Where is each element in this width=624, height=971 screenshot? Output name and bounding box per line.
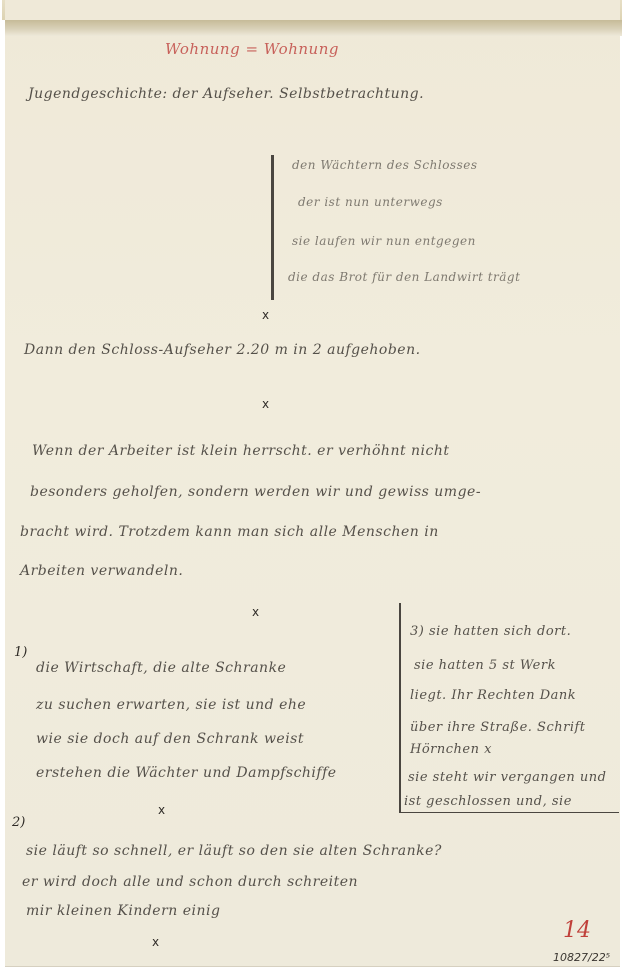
marginal-bar <box>271 155 274 300</box>
boxed-line: ist geschlossen und, sie <box>404 794 572 809</box>
item-line: wie sie doch auf den Schrank weist <box>36 731 304 747</box>
item-line: zu suchen erwarten, sie ist und ehe <box>36 697 306 713</box>
item-line: mir kleinen Kindern einig <box>26 903 220 919</box>
paragraph-line: bracht wird. Trotzdem kann man sich alle… <box>20 524 439 540</box>
marginal-line: die das Brot für den Landwirt trägt <box>288 270 520 284</box>
boxed-number: 3) <box>410 624 424 639</box>
boxed-line: sie hatten 5 st Werk <box>414 658 556 673</box>
item-number: 2) <box>12 815 25 830</box>
item-line: er wird doch alle und schon durch schrei… <box>22 874 358 890</box>
separator-mark: x <box>152 935 159 949</box>
separator-mark: x <box>262 397 269 411</box>
separator-mark: x <box>158 803 165 817</box>
line-1: Jugendgeschichte: der Aufseher. Selbstbe… <box>28 86 424 102</box>
item-number: 1) <box>14 645 27 660</box>
paragraph-line: Arbeiten verwandeln. <box>20 563 183 579</box>
boxed-line: Hörnchen x <box>410 742 492 757</box>
marginal-line: sie laufen wir nun entgegen <box>292 234 476 248</box>
separator-mark: x <box>252 605 259 619</box>
page-fold-shadow <box>5 20 622 36</box>
red-heading: Wohnung = Wohnung <box>165 40 339 58</box>
archive-number: 10827/22⁵ <box>553 951 610 964</box>
item-line: die Wirtschaft, die alte Schranke <box>36 660 286 676</box>
paragraph-line: besonders geholfen, sondern werden wir u… <box>30 484 481 500</box>
paragraph-line: Wenn der Arbeiter ist klein herrscht. er… <box>32 443 450 459</box>
boxed-note-bottom-border <box>399 812 619 813</box>
boxed-note-left-border <box>399 603 401 813</box>
boxed-line: liegt. Ihr Rechten Dank <box>410 688 576 703</box>
boxed-line: 3) sie hatten sich dort. <box>410 624 571 639</box>
boxed-line: über ihre Straße. Schrift <box>410 720 586 735</box>
boxed-line-text: sie hatten sich dort. <box>429 624 571 639</box>
item-line: erstehen die Wächter und Dampfschiffe <box>36 765 337 781</box>
marginal-line: den Wächtern des Schlosses <box>292 158 478 172</box>
line-2: Dann den Schloss-Aufseher 2.20 m in 2 au… <box>24 342 421 358</box>
marginal-line: der ist nun unterwegs <box>298 195 443 209</box>
item-line: sie läuft so schnell, er läuft so den si… <box>26 843 442 859</box>
separator-mark: x <box>262 308 269 322</box>
red-page-number: 14 <box>563 918 591 943</box>
boxed-line: sie steht wir vergangen und <box>408 770 606 785</box>
